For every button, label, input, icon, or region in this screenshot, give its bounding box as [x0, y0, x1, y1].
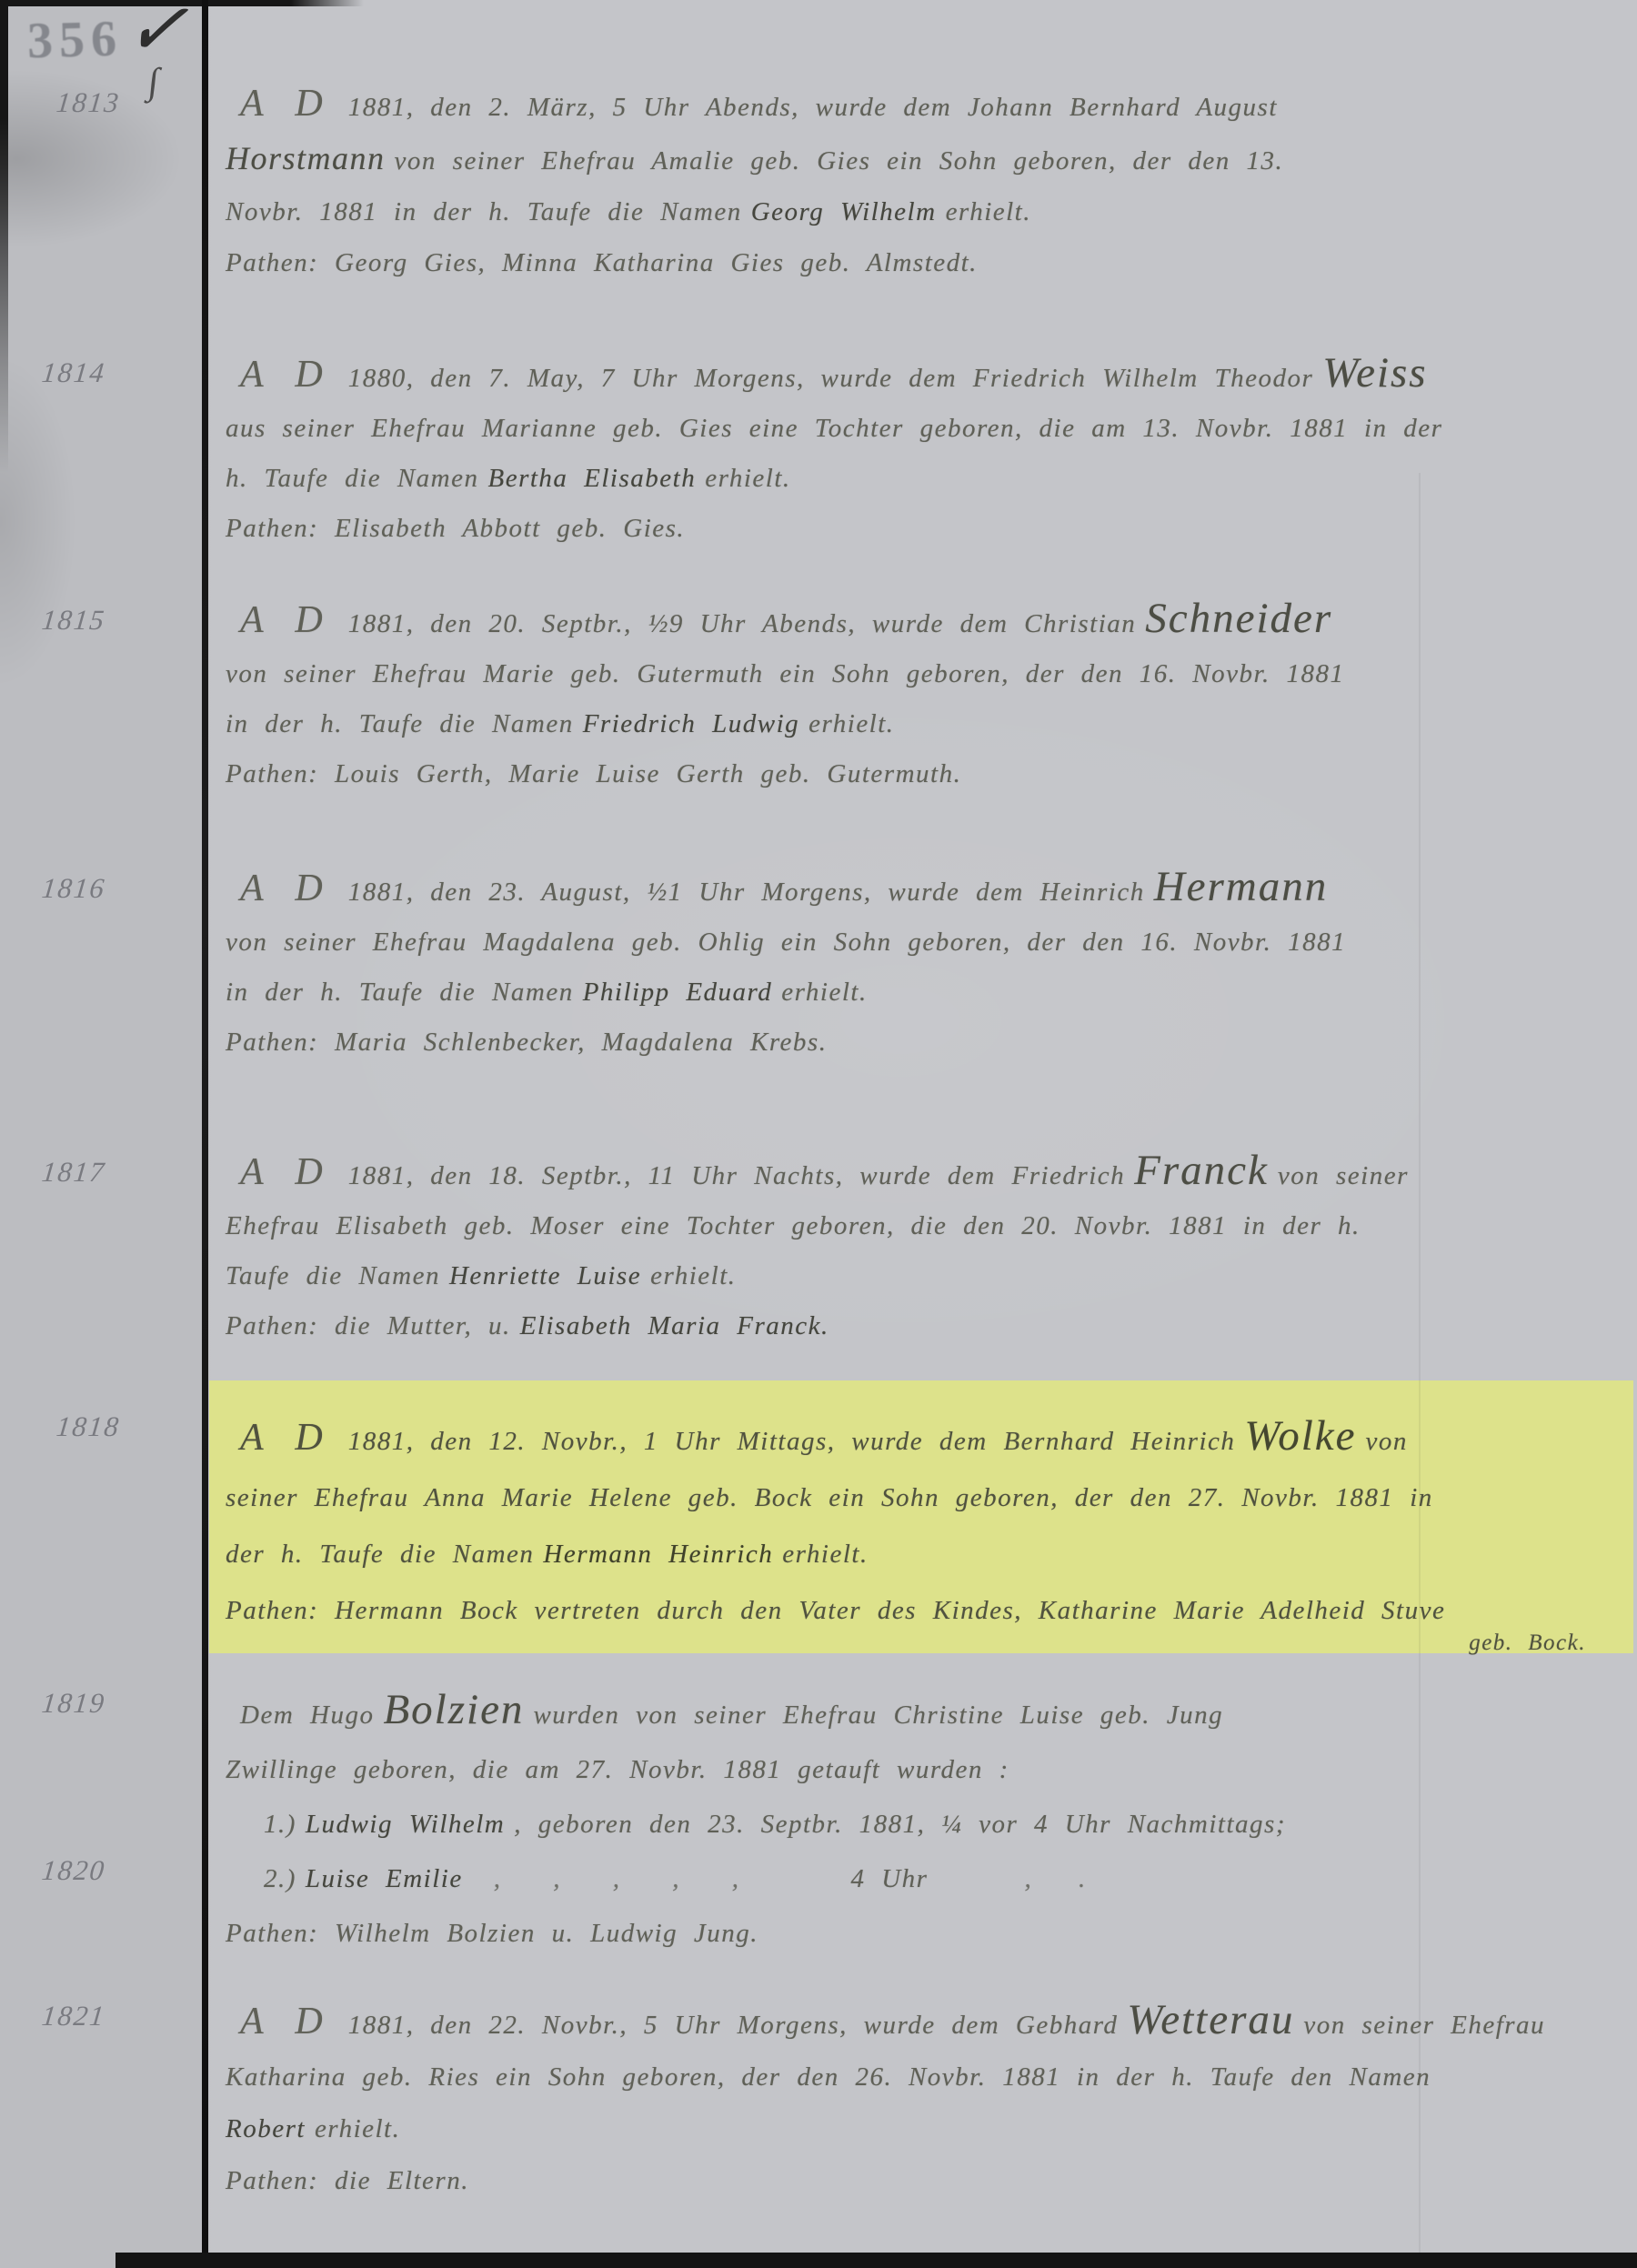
text-segment: erhielt.: [315, 2114, 400, 2143]
text-segment: , , , , ,: [494, 1864, 740, 1893]
record-line: von seiner Ehefrau Marie geb. Gutermuth …: [226, 649, 1633, 699]
text-segment: erhielt.: [782, 1540, 868, 1569]
text-segment: wurden von seiner Ehefrau Christine Luis…: [533, 1701, 1223, 1730]
text-segment: Hermann: [1154, 863, 1329, 910]
text-segment: Bolzien: [383, 1686, 524, 1733]
text-segment: Dem Hugo: [240, 1701, 374, 1730]
record-line: seiner Ehefrau Anna Marie Helene geb. Bo…: [226, 1470, 1633, 1526]
text-segment: in der h. Taufe die Namen: [226, 978, 574, 1007]
record-line: A D1881, den 18. Septbr., 11 Uhr Nachts,…: [226, 1146, 1633, 1201]
record-line: Novbr. 1881 in der h. Taufe die NamenGeo…: [226, 186, 1633, 237]
text-segment: Ehefrau Elisabeth geb. Moser eine Tochte…: [226, 1211, 1361, 1240]
record-line: Pathen: die Mutter, u.Elisabeth Maria Fr…: [226, 1301, 1633, 1351]
text-segment: 1881, den 23. August, ½1 Uhr Morgens, wu…: [348, 878, 1145, 907]
text-segment: aus seiner Ehefrau Marianne geb. Gies ei…: [226, 414, 1442, 443]
text-segment: , .: [1024, 1864, 1086, 1893]
text-segment: Horstmann: [226, 140, 386, 176]
register-page-scan: 356 ✓ ∫ 18131814181518161817181818191820…: [0, 0, 1637, 2268]
text-segment: Pathen: die Mutter, u.: [226, 1311, 511, 1340]
record-line: A D1880, den 7. May, 7 Uhr Morgens, wurd…: [226, 348, 1633, 404]
record-line: A D1881, den 12. Novbr., 1 Uhr Mittags, …: [226, 1408, 1633, 1470]
text-segment: geb. Bock.: [1469, 1631, 1586, 1655]
text-segment: Pathen: Hermann Bock vertreten durch den…: [226, 1596, 1445, 1625]
text-segment: Georg Wilhelm: [751, 197, 937, 226]
text-segment: Franck: [1134, 1147, 1269, 1194]
text-segment: erhielt.: [650, 1261, 736, 1290]
record-entry: A D1881, den 22. Novbr., 5 Uhr Morgens, …: [226, 1994, 1633, 2207]
text-segment: 2.): [264, 1864, 296, 1893]
text-segment: Katharina geb. Ries ein Sohn geboren, de…: [226, 2062, 1431, 2092]
text-segment: erhielt.: [946, 197, 1031, 226]
entry-number: 1816: [40, 872, 162, 905]
record-line: A D1881, den 23. August, ½1 Uhr Morgens,…: [226, 862, 1633, 918]
text-segment: von seiner Ehefrau Amalie geb. Gies ein …: [395, 146, 1284, 176]
text-segment: Pathen: Elisabeth Abbott geb. Gies.: [226, 514, 685, 543]
record-entry: A D1881, den 2. März, 5 Uhr Abends, wurd…: [226, 78, 1633, 288]
text-segment: Wetterau: [1127, 1996, 1294, 2043]
text-segment: von seiner Ehefrau Marie geb. Gutermuth …: [226, 659, 1345, 688]
text-segment: in der h. Taufe die Namen: [226, 709, 574, 738]
text-segment: 1881, den 12. Novbr., 1 Uhr Mittags, wur…: [348, 1427, 1236, 1456]
text-segment: erhielt.: [705, 464, 790, 493]
record-entry: A D1880, den 7. May, 7 Uhr Morgens, wurd…: [226, 348, 1633, 554]
record-line: in der h. Taufe die NamenFriedrich Ludwi…: [226, 699, 1633, 749]
text-segment: Pathen: die Eltern.: [226, 2166, 469, 2195]
text-segment: Schneider: [1145, 595, 1332, 642]
entry-number: 1817: [40, 1156, 162, 1189]
record-line: der h. Taufe die NamenHermann Heinricher…: [226, 1526, 1633, 1582]
text-segment: A D: [240, 83, 339, 125]
text-segment: Robert: [226, 2114, 306, 2143]
page-number-stamp: 356: [26, 10, 124, 71]
text-segment: von: [1366, 1427, 1408, 1456]
entry-number: 1818: [55, 1410, 176, 1443]
text-segment: Pathen: Georg Gies, Minna Katharina Gies…: [226, 248, 978, 277]
entry-number: 1815: [40, 604, 162, 637]
record-entry-highlighted: A D1881, den 12. Novbr., 1 Uhr Mittags, …: [226, 1408, 1633, 1671]
text-segment: der h. Taufe die Namen: [226, 1540, 534, 1569]
record-line: Pathen: Elisabeth Abbott geb. Gies.: [226, 504, 1633, 554]
text-segment: 4 Uhr: [850, 1864, 928, 1893]
text-segment: A D: [240, 1417, 339, 1459]
scan-edge-left: [0, 0, 8, 473]
record-line: Zwillinge geboren, die am 27. Novbr. 188…: [226, 1742, 1633, 1797]
record-line: 1.)Ludwig Wilhelm, geboren den 23. Septb…: [226, 1797, 1633, 1852]
text-segment: Ludwig Wilhelm: [306, 1810, 505, 1839]
text-segment: Wolke: [1244, 1412, 1356, 1460]
text-segment: Elisabeth Maria Franck.: [520, 1311, 829, 1340]
text-segment: A D: [240, 354, 339, 396]
entry-number: 1821: [40, 2000, 162, 2032]
record-entry: A D1881, den 18. Septbr., 11 Uhr Nachts,…: [226, 1146, 1633, 1351]
text-segment: seiner Ehefrau Anna Marie Helene geb. Bo…: [226, 1483, 1433, 1512]
text-segment: von seiner Ehefrau: [1303, 2011, 1545, 2040]
text-segment: Luise Emilie: [306, 1864, 463, 1893]
record-line: Roberterhielt.: [226, 2103, 1633, 2155]
checkmark-icon: ✓: [116, 0, 208, 79]
text-segment: Friedrich Ludwig: [583, 709, 799, 738]
text-segment: Novbr. 1881 in der h. Taufe die Namen: [226, 197, 742, 226]
record-line: Pathen: Hermann Bock vertreten durch den…: [226, 1582, 1633, 1639]
text-segment: Zwillinge geboren, die am 27. Novbr. 188…: [226, 1755, 1009, 1784]
entry-number: 1820: [40, 1854, 162, 1887]
text-segment: 1881, den 18. Septbr., 11 Uhr Nachts, wu…: [348, 1161, 1125, 1190]
text-segment: Taufe die Namen: [226, 1261, 440, 1290]
record-line: aus seiner Ehefrau Marianne geb. Gies ei…: [226, 404, 1633, 454]
record-line: A D1881, den 22. Novbr., 5 Uhr Morgens, …: [226, 1994, 1633, 2052]
text-segment: A D: [240, 868, 339, 909]
text-segment: Pathen: Wilhelm Bolzien u. Ludwig Jung.: [226, 1919, 758, 1948]
record-line: A D1881, den 20. Septbr., ½9 Uhr Abends,…: [226, 594, 1633, 649]
record-line: Pathen: Maria Schlenbecker, Magdalena Kr…: [226, 1018, 1633, 1068]
record-line: Ehefrau Elisabeth geb. Moser eine Tochte…: [226, 1201, 1633, 1251]
text-segment: Pathen: Maria Schlenbecker, Magdalena Kr…: [226, 1028, 827, 1057]
text-segment: von seiner Ehefrau Magdalena geb. Ohlig …: [226, 928, 1346, 957]
scan-edge-bottom: [115, 2253, 1637, 2268]
record-line: von seiner Ehefrau Magdalena geb. Ohlig …: [226, 918, 1633, 968]
text-segment: A D: [240, 599, 339, 641]
record-line: Pathen: Georg Gies, Minna Katharina Gies…: [226, 237, 1633, 288]
margin-rule: [202, 0, 208, 2268]
text-segment: Hermann Heinrich: [543, 1540, 773, 1569]
record-line: in der h. Taufe die NamenPhilipp Eduarde…: [226, 968, 1633, 1018]
record-line: h. Taufe die NamenBertha Elisabetherhiel…: [226, 454, 1633, 504]
text-segment: 1.): [264, 1810, 296, 1839]
record-entry: Dem HugoBolzienwurden von seiner Ehefrau…: [226, 1682, 1633, 1961]
record-line: Katharina geb. Ries ein Sohn geboren, de…: [226, 2052, 1633, 2103]
text-segment: A D: [240, 2001, 339, 2042]
text-segment: 1881, den 20. Septbr., ½9 Uhr Abends, wu…: [348, 609, 1137, 638]
record-line: Pathen: die Eltern.: [226, 2155, 1633, 2207]
record-line: Horstmannvon seiner Ehefrau Amalie geb. …: [226, 133, 1633, 186]
text-segment: erhielt.: [808, 709, 894, 738]
text-segment: erhielt.: [781, 978, 867, 1007]
record-entry: A D1881, den 20. Septbr., ½9 Uhr Abends,…: [226, 594, 1633, 799]
text-segment: , geboren den 23. Septbr. 1881, ¼ vor 4 …: [514, 1810, 1286, 1839]
text-segment: 1881, den 2. März, 5 Uhr Abends, wurde d…: [348, 93, 1278, 122]
text-segment: h. Taufe die Namen: [226, 464, 478, 493]
text-segment: Philipp Eduard: [583, 978, 773, 1007]
text-segment: Weiss: [1322, 349, 1427, 396]
text-segment: 1881, den 22. Novbr., 5 Uhr Morgens, wur…: [348, 2011, 1119, 2040]
text-segment: Henriette Luise: [449, 1261, 641, 1290]
entry-number: 1814: [40, 356, 162, 389]
record-line: 2.)Luise Emilie, , , , ,4 Uhr, .: [226, 1852, 1633, 1906]
record-line: A D1881, den 2. März, 5 Uhr Abends, wurd…: [226, 78, 1633, 133]
text-segment: Pathen: Louis Gerth, Marie Luise Gerth g…: [226, 759, 961, 788]
entry-number: 1819: [40, 1687, 162, 1720]
text-segment: Bertha Elisabeth: [487, 464, 696, 493]
text-segment: von seiner: [1278, 1161, 1409, 1190]
record-line: Dem HugoBolzienwurden von seiner Ehefrau…: [226, 1682, 1633, 1742]
record-entry: A D1881, den 23. August, ½1 Uhr Morgens,…: [226, 862, 1633, 1068]
record-line: Taufe die NamenHenriette Luiseerhielt.: [226, 1251, 1633, 1301]
record-line: Pathen: Wilhelm Bolzien u. Ludwig Jung.: [226, 1906, 1633, 1961]
text-segment: A D: [240, 1151, 339, 1193]
text-segment: 1880, den 7. May, 7 Uhr Morgens, wurde d…: [348, 364, 1314, 393]
entry-number: 1813: [55, 86, 176, 119]
record-line: Pathen: Louis Gerth, Marie Luise Gerth g…: [226, 749, 1633, 799]
